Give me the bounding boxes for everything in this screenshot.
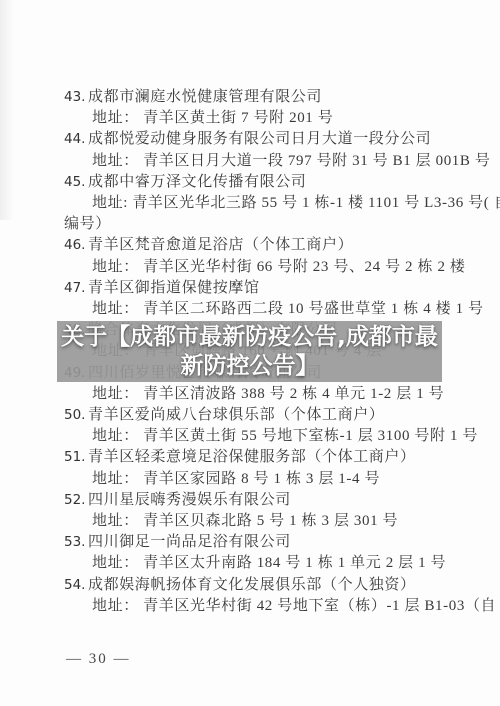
list-item: 45.成都中睿万泽文化传播有限公司 地址: 青羊区光华北三路 55 号 1 栋-…	[64, 172, 456, 236]
entry-name: 成都中睿万泽文化传播有限公司	[88, 174, 306, 190]
entry-number: 50.	[64, 405, 88, 426]
entry-number: 43.	[64, 87, 88, 108]
entry-name: 成都娱海帆扬体育文化发展俱乐部（个人独资）	[88, 577, 416, 593]
entry-address: 地址： 青羊区光华村街 42 号地下室（栋）-1 层 B1-03（自	[64, 596, 456, 617]
entry-address: 地址： 青羊区黄土街 7 号附 201 号	[64, 108, 456, 129]
entry-name-line: 51.青羊区轻柔意境足浴保健服务部（个体工商户）	[64, 447, 456, 468]
entry-number: 52.	[64, 490, 88, 511]
entry-name-line: 52.四川星辰嗨秀漫娱乐有限公司	[64, 490, 456, 511]
entry-name-line: 45.成都中睿万泽文化传播有限公司	[64, 172, 456, 193]
entry-number: 46.	[64, 235, 88, 256]
list-item: 46.青羊区梵音愈道足浴店（个体工商户） 地址： 青羊区光华村街 66 号附 2…	[64, 235, 456, 277]
entry-name-line: 50.青羊区爱尚威八台球俱乐部（个体工商户）	[64, 405, 456, 426]
entry-address: 地址： 青羊区日月大道一段 797 号附 31 号 B1 层 001B 号	[64, 151, 456, 172]
entry-address: 地址： 青羊区清波路 388 号 2 栋 4 单元 1-2 层 1 号	[64, 384, 456, 405]
entry-name-line: 44.成都悦爱动健身服务有限公司日月大道一段分公司	[64, 129, 456, 150]
entry-name: 青羊区梵音愈道足浴店（个体工商户）	[88, 237, 353, 253]
entry-number: 51.	[64, 447, 88, 468]
entry-address: 地址： 青羊区家园路 8 号 1 栋 3 层 1-4 号	[64, 469, 456, 490]
title-overlay-banner: 关于【成都市最新防疫公告,成都市最 新防控公告】	[57, 321, 442, 382]
list-item: 43.成都市澜庭水悦健康管理有限公司 地址： 青羊区黄土街 7 号附 201 号	[64, 87, 456, 129]
list-item: 54.成都娱海帆扬体育文化发展俱乐部（个人独资） 地址： 青羊区光华村街 42 …	[64, 575, 456, 617]
document-page: 43.成都市澜庭水悦健康管理有限公司 地址： 青羊区黄土街 7 号附 201 号…	[0, 0, 500, 706]
entry-name-line: 46.青羊区梵音愈道足浴店（个体工商户）	[64, 235, 456, 256]
entry-name: 青羊区御指道保健按摩馆	[88, 280, 260, 296]
entry-number: 53.	[64, 532, 88, 553]
entry-name: 四川御足一尚品足浴有限公司	[88, 534, 291, 550]
entry-name-line: 53.四川御足一尚品足浴有限公司	[64, 532, 456, 553]
entry-address: 地址： 青羊区二环路西二段 10 号盛世草堂 1 栋 4 楼 1 号	[64, 299, 456, 320]
overlay-title-line2: 新防控公告】	[181, 352, 319, 381]
entry-name: 青羊区爱尚威八台球俱乐部（个体工商户）	[88, 407, 384, 423]
entry-name: 成都市澜庭水悦健康管理有限公司	[88, 89, 322, 105]
page-number: — 30 —	[66, 651, 131, 668]
entry-number: 54.	[64, 575, 88, 596]
entry-number: 45.	[64, 172, 88, 193]
scan-edge-shadow	[0, 0, 14, 220]
entry-address-continuation: 编号）	[64, 214, 456, 235]
list-item: 52.四川星辰嗨秀漫娱乐有限公司 地址： 青羊区贝森北路 5 号 1 栋 3 层…	[64, 490, 456, 532]
entry-name: 青羊区轻柔意境足浴保健服务部（个体工商户）	[88, 449, 416, 465]
entry-address: 地址： 青羊区贝森北路 5 号 1 栋 3 层 301 号	[64, 511, 456, 532]
list-item: 47.青羊区御指道保健按摩馆 地址： 青羊区二环路西二段 10 号盛世草堂 1 …	[64, 278, 456, 320]
entry-name-line: 47.青羊区御指道保健按摩馆	[64, 278, 456, 299]
list-item: 51.青羊区轻柔意境足浴保健服务部（个体工商户） 地址： 青羊区家园路 8 号 …	[64, 447, 456, 489]
entry-address: 地址: 青羊区光华北三路 55 号 1 栋-1 楼 1101 号 L3-36 号…	[64, 193, 456, 214]
entry-address: 地址： 青羊区光华村街 66 号附 23 号、24 号 2 栋 2 楼	[64, 257, 456, 278]
list-item: 53.四川御足一尚品足浴有限公司 地址： 青羊区太升南路 184 号 1 栋 1…	[64, 532, 456, 574]
entry-number: 47.	[64, 278, 88, 299]
entry-name: 四川星辰嗨秀漫娱乐有限公司	[88, 492, 291, 508]
entry-name: 成都悦爱动健身服务有限公司日月大道一段分公司	[88, 131, 431, 147]
entry-name-line: 54.成都娱海帆扬体育文化发展俱乐部（个人独资）	[64, 575, 456, 596]
entry-name-line: 43.成都市澜庭水悦健康管理有限公司	[64, 87, 456, 108]
overlay-title-line1: 关于【成都市最新防疫公告,成都市最	[61, 323, 438, 352]
entry-number: 44.	[64, 129, 88, 150]
list-item: 50.青羊区爱尚威八台球俱乐部（个体工商户） 地址： 青羊区黄土街 55 号地下…	[64, 405, 456, 447]
list-item: 44.成都悦爱动健身服务有限公司日月大道一段分公司 地址： 青羊区日月大道一段 …	[64, 129, 456, 171]
entry-address: 地址： 青羊区太升南路 184 号 1 栋 1 单元 2 层 1 号	[64, 553, 456, 574]
entry-address: 地址： 青羊区黄土街 55 号地下室栋-1 层 3100 号附 1 号	[64, 426, 456, 447]
